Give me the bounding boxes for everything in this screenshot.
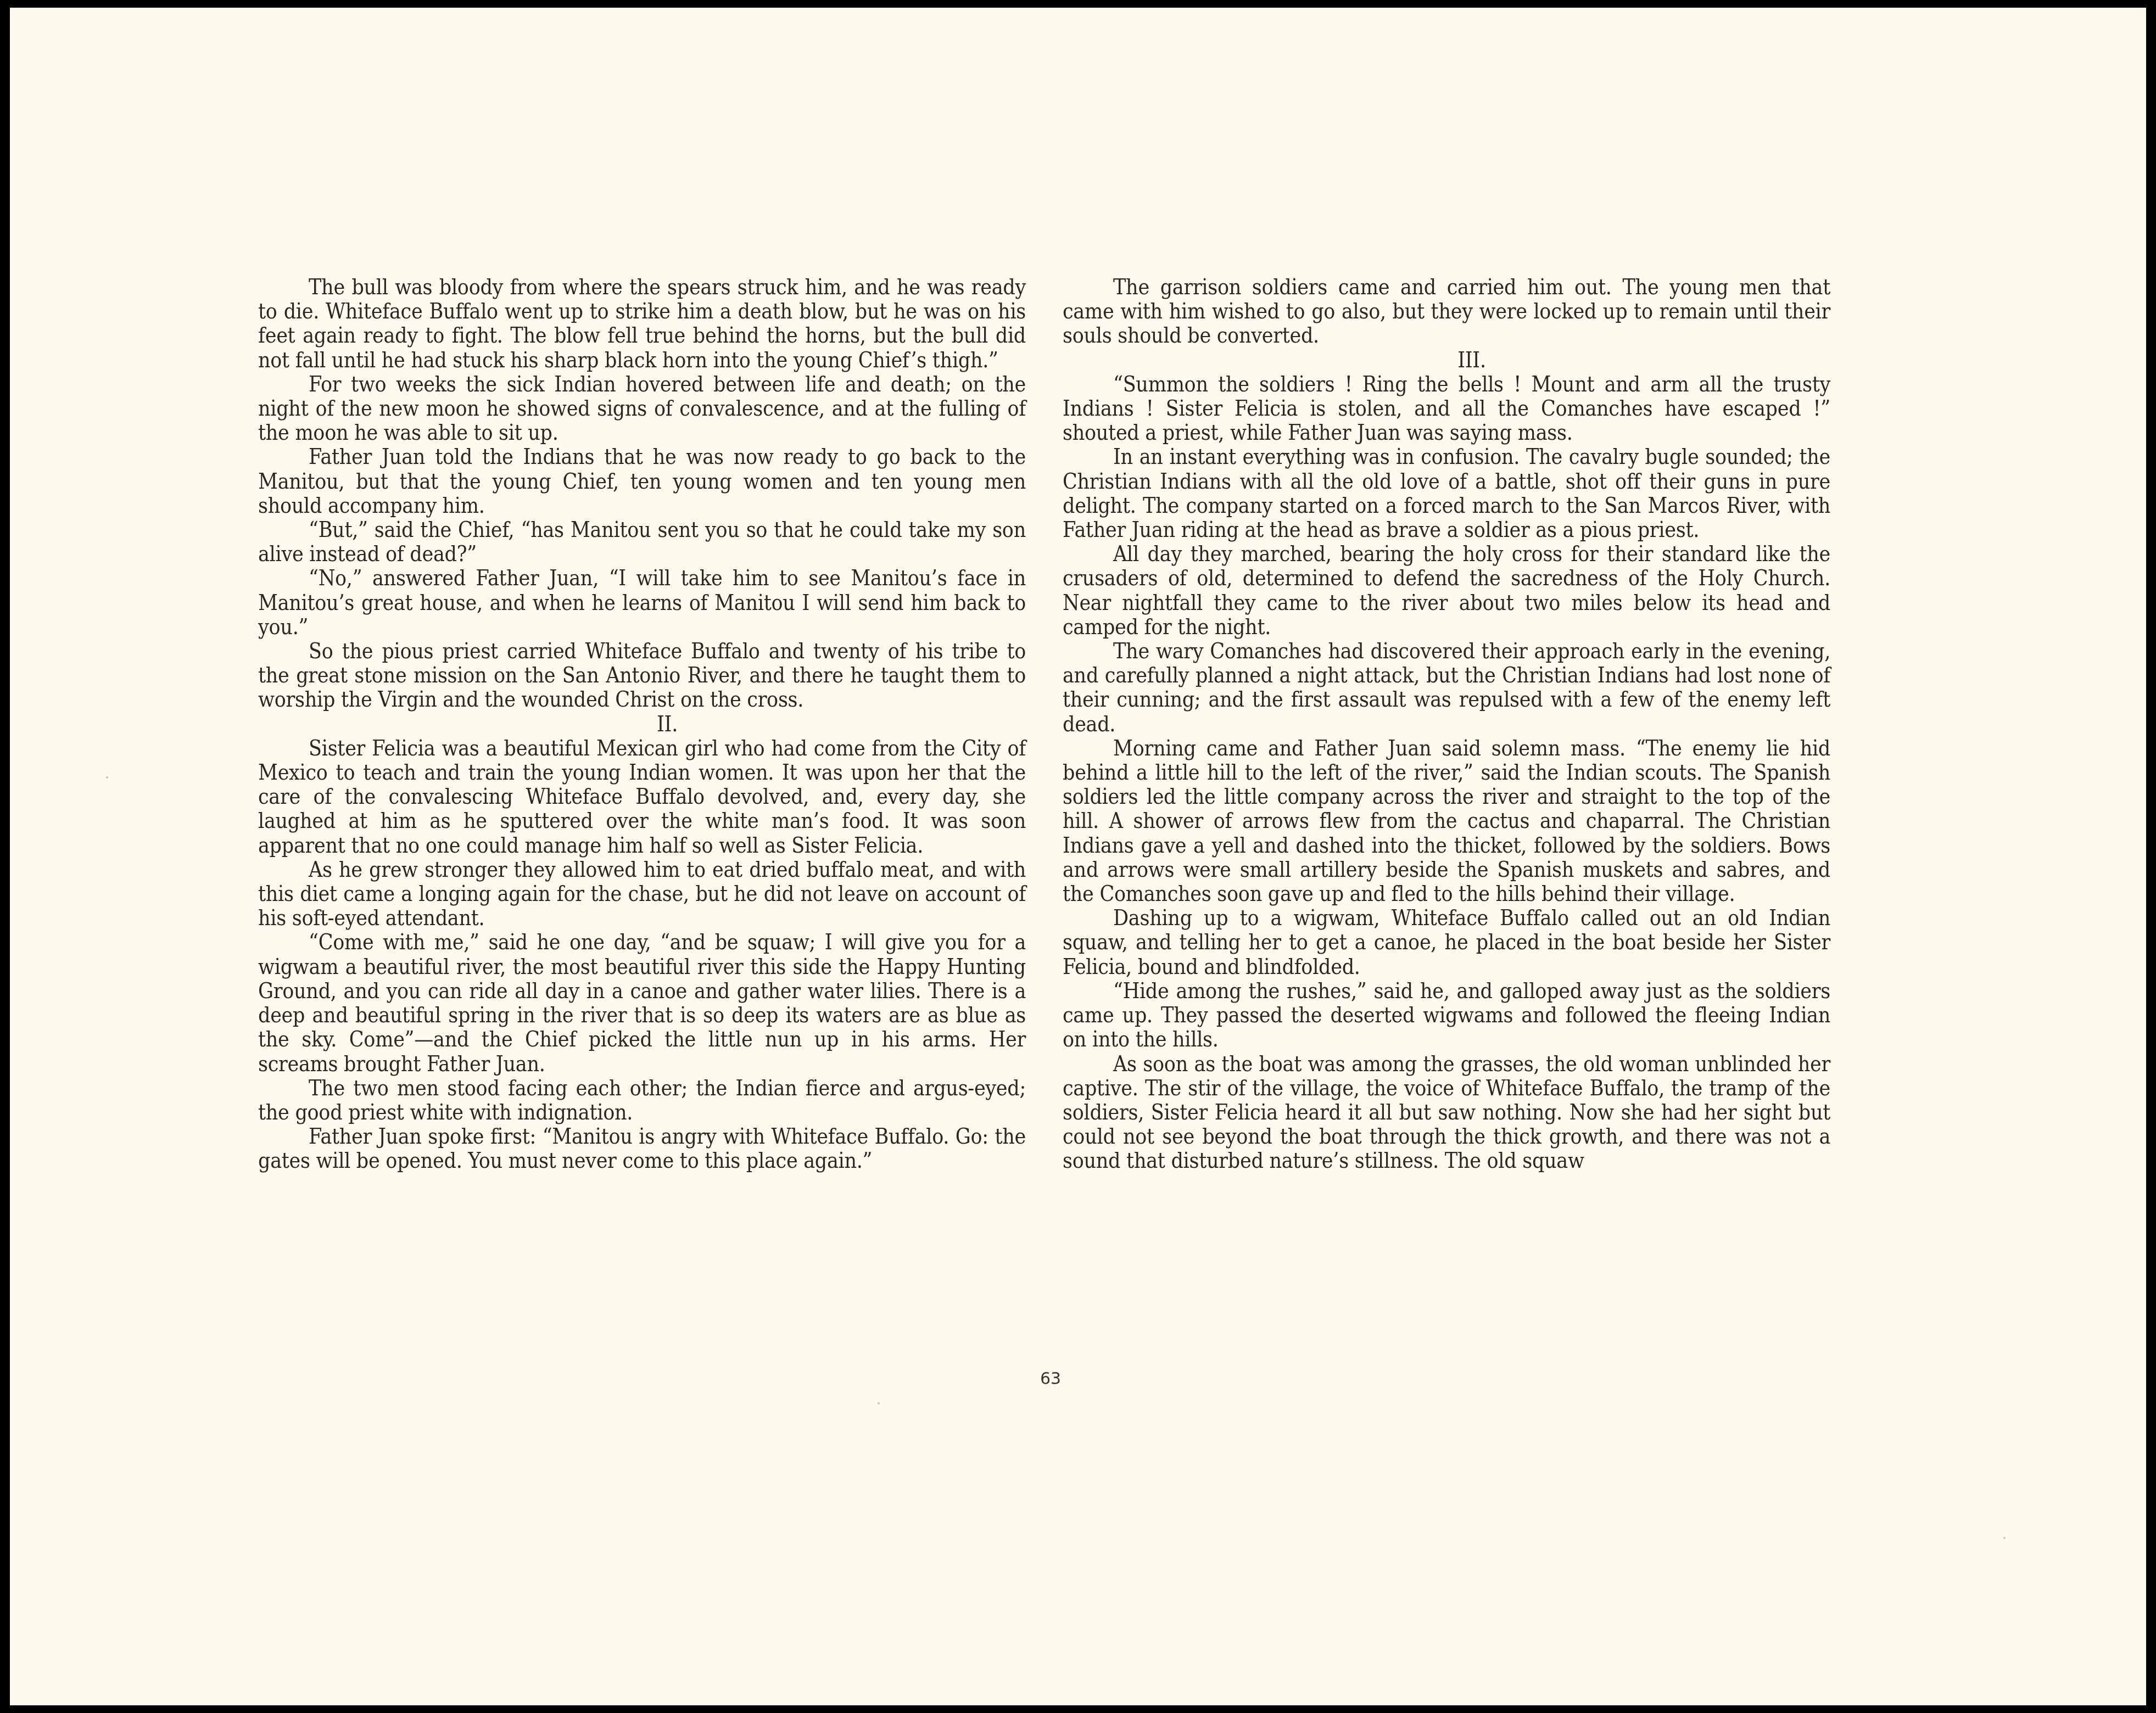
paragraph: All day they marched, bearing the holy c… bbox=[1063, 542, 1830, 640]
paragraph: Sister Felicia was a beautiful Mexican g… bbox=[258, 737, 1026, 858]
paragraph: “Hide among the rushes,” said he, and ga… bbox=[1063, 979, 1830, 1053]
paper-speck bbox=[878, 1402, 880, 1404]
paragraph: As soon as the boat was among the grasse… bbox=[1063, 1053, 1830, 1174]
left-text-column: The bull was bloody from where the spear… bbox=[258, 276, 1026, 1174]
paragraph: Father Juan spoke first: “Manitou is ang… bbox=[258, 1125, 1026, 1173]
paragraph: “But,” said the Chief, “has Manitou sent… bbox=[258, 518, 1026, 567]
paragraph: The garrison soldiers came and carried h… bbox=[1063, 276, 1830, 349]
paragraph: Morning came and Father Juan said solemn… bbox=[1063, 737, 1830, 906]
paragraph: “No,” answered Father Juan, “I will take… bbox=[258, 567, 1026, 640]
paragraph: The bull was bloody from where the spear… bbox=[258, 276, 1026, 373]
paper-speck bbox=[2003, 1537, 2006, 1539]
paragraph: In an instant everything was in confusio… bbox=[1063, 445, 1830, 542]
section-heading: III. bbox=[1063, 349, 1830, 373]
paragraph: “Summon the soldiers ! Ring the bells ! … bbox=[1063, 373, 1830, 446]
paragraph: Dashing up to a wigwam, Whiteface Buffal… bbox=[1063, 906, 1830, 979]
paragraph: The two men stood facing each other; the… bbox=[258, 1077, 1026, 1125]
paper-speck bbox=[106, 776, 108, 779]
section-heading: II. bbox=[258, 713, 1026, 737]
paragraph: The wary Comanches had discovered their … bbox=[1063, 640, 1830, 737]
paragraph: “Come with me,” said he one day, “and be… bbox=[258, 931, 1026, 1076]
page-number: 63 bbox=[10, 1369, 2146, 1389]
book-page: The bull was bloody from where the spear… bbox=[10, 8, 2146, 1705]
paragraph: So the pious priest carried Whiteface Bu… bbox=[258, 640, 1026, 713]
paragraph: Father Juan told the Indians that he was… bbox=[258, 445, 1026, 518]
paragraph: As he grew stronger they allowed him to … bbox=[258, 858, 1026, 931]
paragraph: For two weeks the sick Indian hovered be… bbox=[258, 373, 1026, 446]
right-text-column: The garrison soldiers came and carried h… bbox=[1063, 276, 1830, 1174]
